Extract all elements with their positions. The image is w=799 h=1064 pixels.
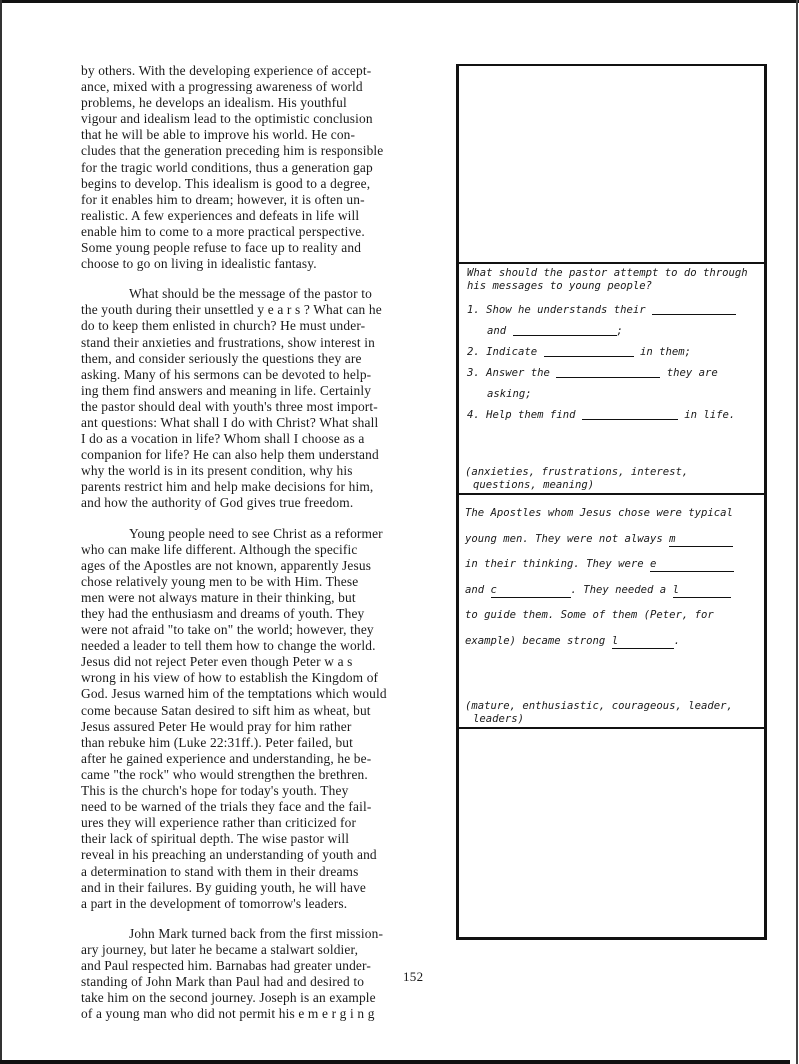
text-line: Young people need to see Christ as a ref…	[81, 526, 459, 542]
body-paragraph: by others. With the developing experienc…	[81, 63, 459, 272]
answer-blank[interactable]: e	[650, 558, 734, 572]
text-line: This is the church's hope for today's yo…	[81, 783, 459, 799]
fill-in-item-3: 3. Answer the they are	[467, 363, 736, 384]
blank-frame-top	[459, 66, 764, 262]
text-line: begins to develop. This idealism is good…	[81, 176, 459, 192]
text-line: came "the rock" who would strengthen the…	[81, 767, 459, 783]
text-line: of a young man who did not permit his e …	[81, 1006, 459, 1022]
text-line: the youth during their unsettled y e a r…	[81, 302, 459, 318]
text-line: why the world is in its present conditio…	[81, 463, 459, 479]
text-line: What should be the message of the pastor…	[81, 286, 459, 302]
text-line: Jesus did not reject Peter even though P…	[81, 654, 459, 670]
text-line: after he gained experience and understan…	[81, 751, 459, 767]
text-line: take him on the second journey. Joseph i…	[81, 990, 459, 1006]
text-line: ing them find answers and meaning in lif…	[81, 383, 459, 399]
body-text-column: by others. With the developing experienc…	[81, 63, 459, 1022]
answer-blank[interactable]	[582, 407, 678, 420]
text-line: and how the authority of God gives true …	[81, 495, 459, 511]
programmed-learning-frames: What should the pastor attempt to do thr…	[456, 64, 767, 940]
text-line: enable him to come to a more practical p…	[81, 224, 459, 240]
answer-blank[interactable]	[556, 365, 660, 378]
text-line: stand their anxieties and frustrations, …	[81, 335, 459, 351]
answer-blank[interactable]: m	[669, 533, 733, 547]
answer-blank[interactable]: l	[673, 584, 731, 598]
frame-apostles: The Apostles whom Jesus chose were typic…	[459, 493, 764, 729]
text-line: parents restrict him and help make decis…	[81, 479, 459, 495]
text-line: were not afraid "to take on" the world; …	[81, 622, 459, 638]
page-bottom-edge	[0, 1060, 790, 1064]
text-line: them, and consider seriously the questio…	[81, 351, 459, 367]
text-line: they had the enthusiasm and dreams of yo…	[81, 606, 459, 622]
text-line: cludes that the generation preceding him…	[81, 143, 459, 159]
text-line: and in their failures. By guiding youth,…	[81, 880, 459, 896]
page-left-edge	[0, 0, 2, 1064]
text-line: by others. With the developing experienc…	[81, 63, 459, 79]
text-line: problems, he develops an idealism. His y…	[81, 95, 459, 111]
text-line: realistic. A few experiences and defeats…	[81, 208, 459, 224]
text-line: ures they will experience rather than cr…	[81, 815, 459, 831]
text-line: Jesus assured Peter He would pray for hi…	[81, 719, 459, 735]
page-number: 152	[403, 969, 423, 985]
text-line: their lack of spiritual depth. The wise …	[81, 831, 459, 847]
answer-blank[interactable]: c	[491, 584, 571, 598]
text-line: ages of the Apostles are not known, appa…	[81, 558, 459, 574]
body-paragraph: What should be the message of the pastor…	[81, 286, 459, 511]
text-line: chose relatively young men to be with Hi…	[81, 574, 459, 590]
text-line: needed a leader to tell them how to chan…	[81, 638, 459, 654]
text-line: asking. Many of his sermons can be devot…	[81, 367, 459, 383]
answer-blank[interactable]	[544, 344, 634, 357]
text-line: for it enables him to dream; however, it…	[81, 192, 459, 208]
text-line: Some young people refuse to face up to r…	[81, 240, 459, 256]
text-line: ary journey, but later he became a stalw…	[81, 942, 459, 958]
blank-frame-bottom	[459, 727, 764, 937]
fill-in-item-1: 1. Show he understands their	[467, 300, 736, 321]
text-line: who can make life different. Although th…	[81, 542, 459, 558]
text-line: come because Satan desired to sift him a…	[81, 703, 459, 719]
text-line: I do as a vocation in life? Whom shall I…	[81, 431, 459, 447]
text-line: a part in the development of tomorrow's …	[81, 896, 459, 912]
text-line: than rebuke him (Luke 22:31ff.). Peter f…	[81, 735, 459, 751]
fill-in-item-4: 4. Help them find in life.	[467, 405, 736, 426]
answer-blank[interactable]	[513, 323, 617, 336]
text-line: need to be warned of the trials they fac…	[81, 799, 459, 815]
page-top-edge	[0, 0, 799, 3]
text-line: vigour and idealism lead to the optimist…	[81, 111, 459, 127]
fill-in-list: 1. Show he understands their and ; 2. In…	[467, 300, 736, 426]
text-line: companion for life? He can also help the…	[81, 447, 459, 463]
answer-key: (mature, enthusiastic, courageous, leade…	[465, 700, 733, 725]
text-line: John Mark turned back from the first mis…	[81, 926, 459, 942]
fill-in-paragraph: The Apostles whom Jesus chose were typic…	[465, 501, 734, 654]
text-line: ant questions: What shall I do with Chri…	[81, 415, 459, 431]
answer-key: (anxieties, frustrations, interest, ques…	[465, 466, 688, 491]
answer-blank[interactable]	[652, 302, 736, 315]
fill-in-item-2: 2. Indicate in them;	[467, 342, 736, 363]
frame-pastor-message: What should the pastor attempt to do thr…	[459, 262, 764, 495]
text-line: for the tragic world conditions, thus a …	[81, 160, 459, 176]
text-line: reveal in his preaching an understanding…	[81, 847, 459, 863]
text-line: men were not always mature in their thin…	[81, 590, 459, 606]
text-line: a determination to stand with them in th…	[81, 864, 459, 880]
text-line: wrong in his view of how to establish th…	[81, 670, 459, 686]
text-line: that he will be able to improve his worl…	[81, 127, 459, 143]
text-line: do to keep them enlisted in church? He m…	[81, 318, 459, 334]
page-right-edge	[796, 0, 798, 1064]
text-line: the pastor should deal with youth's thre…	[81, 399, 459, 415]
text-line: choose to go on living in idealistic fan…	[81, 256, 459, 272]
body-paragraph: Young people need to see Christ as a ref…	[81, 526, 459, 912]
frame-question: What should the pastor attempt to do thr…	[467, 267, 748, 292]
answer-blank[interactable]: l	[612, 635, 674, 649]
text-line: God. Jesus warned him of the temptations…	[81, 686, 459, 702]
text-line: ance, mixed with a progressing awareness…	[81, 79, 459, 95]
